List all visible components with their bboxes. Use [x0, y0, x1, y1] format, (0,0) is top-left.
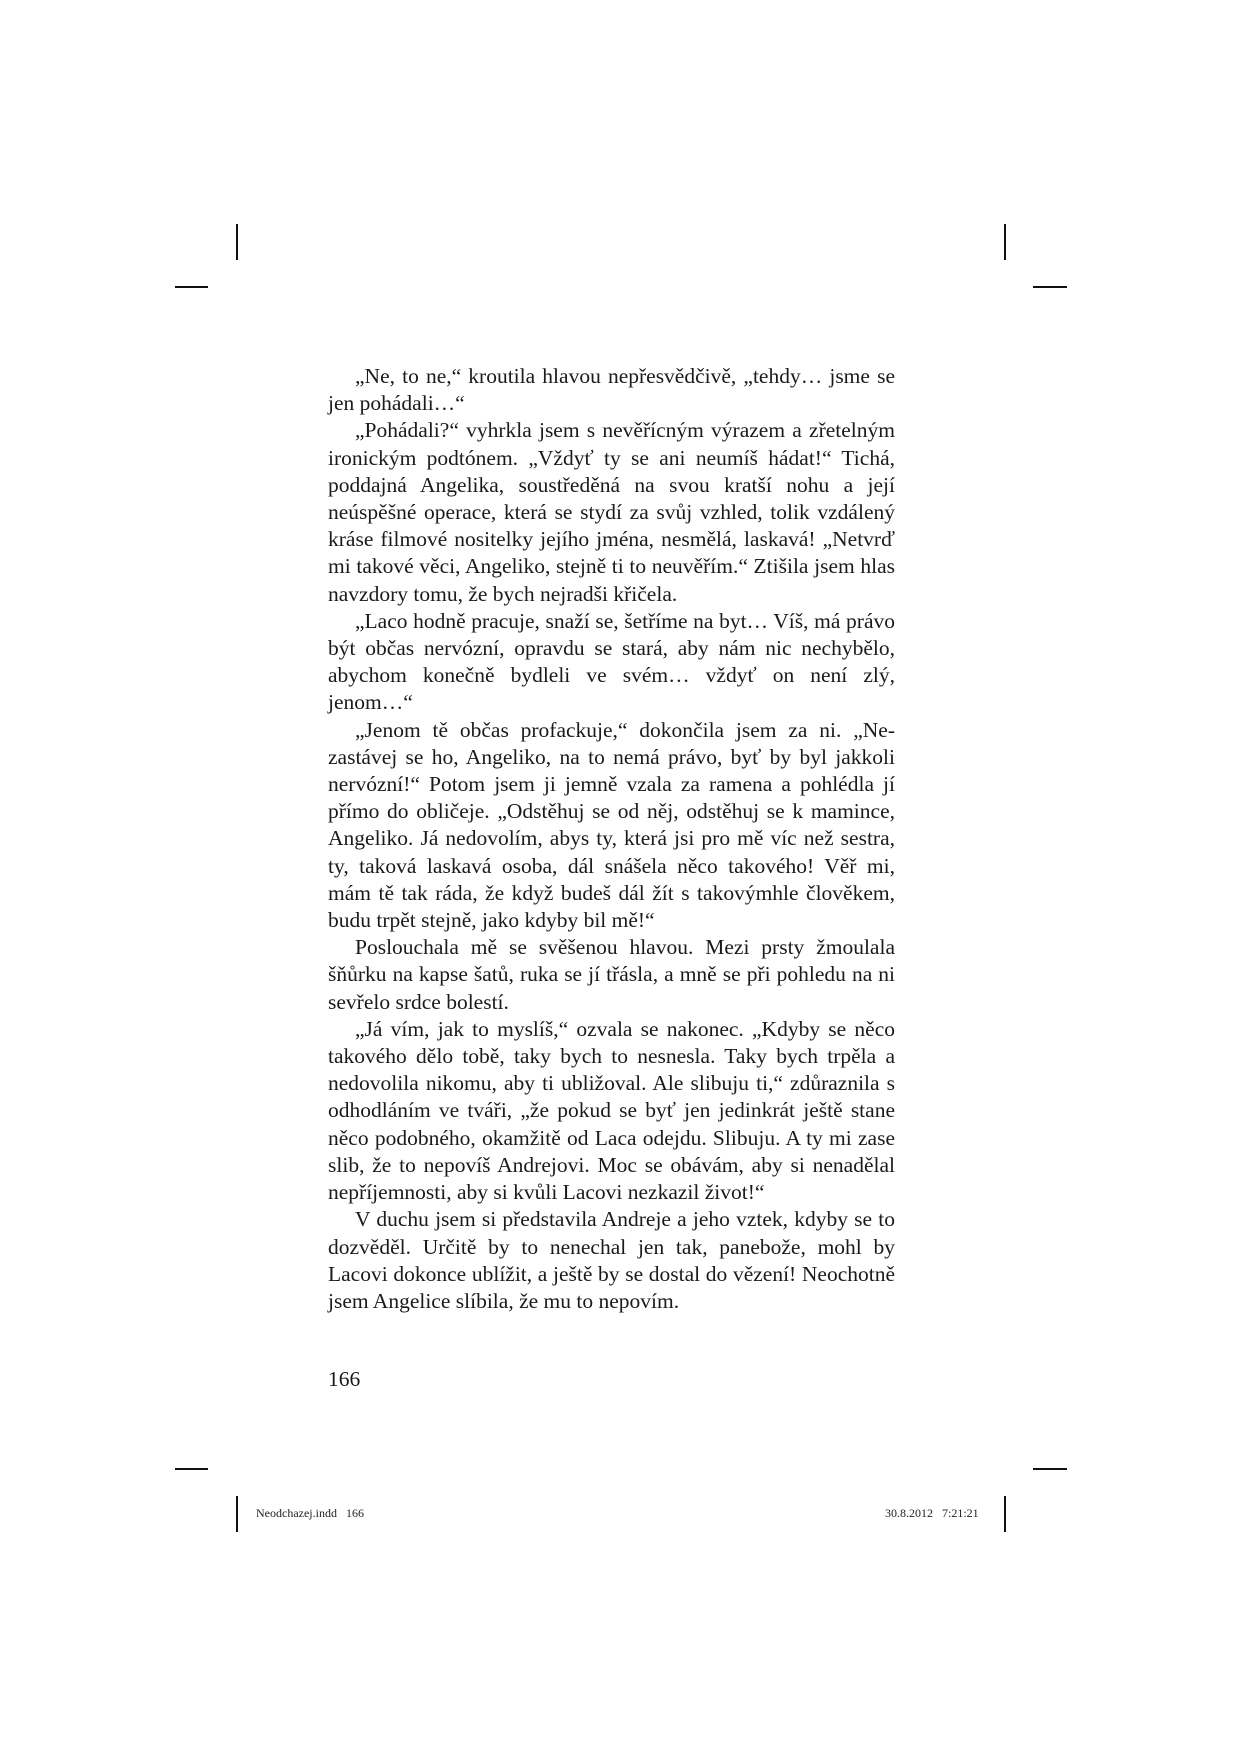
- crop-mark-bottom-right-horizontal: [1033, 1468, 1067, 1470]
- paragraph: „Já vím, jak to myslíš,“ ozvala se nakon…: [328, 1016, 895, 1206]
- crop-mark-top-left-vertical: [236, 224, 238, 260]
- paragraph: „Jenom tě občas profackuje,“ dokončila j…: [328, 717, 895, 935]
- crop-mark-bottom-left-horizontal: [175, 1468, 208, 1470]
- body-text: „Ne, to ne,“ kroutila hlavou nepřesvědči…: [328, 363, 895, 1315]
- crop-mark-top-left-horizontal: [175, 286, 208, 288]
- print-slug-timestamp: 30.8.2012 7:21:21: [885, 1506, 979, 1521]
- crop-mark-top-right-vertical: [1004, 224, 1006, 260]
- paragraph: „Ne, to ne,“ kroutila hlavou nepřesvědči…: [328, 363, 895, 417]
- paragraph: „Pohádali?“ vyhrkla jsem s nevěřícným vý…: [328, 417, 895, 607]
- crop-mark-bottom-right-vertical: [1004, 1496, 1006, 1532]
- crop-mark-top-right-horizontal: [1033, 286, 1067, 288]
- crop-mark-bottom-left-vertical: [236, 1496, 238, 1532]
- paragraph: V duchu jsem si představila Andreje a je…: [328, 1206, 895, 1315]
- paragraph: Poslouchala mě se svěšenou hlavou. Mezi …: [328, 934, 895, 1016]
- page-number: 166: [328, 1367, 360, 1392]
- print-slug-file: Neodchazej.indd 166: [256, 1506, 364, 1521]
- paragraph: „Laco hodně pracuje, snaží se, šetříme n…: [328, 608, 895, 717]
